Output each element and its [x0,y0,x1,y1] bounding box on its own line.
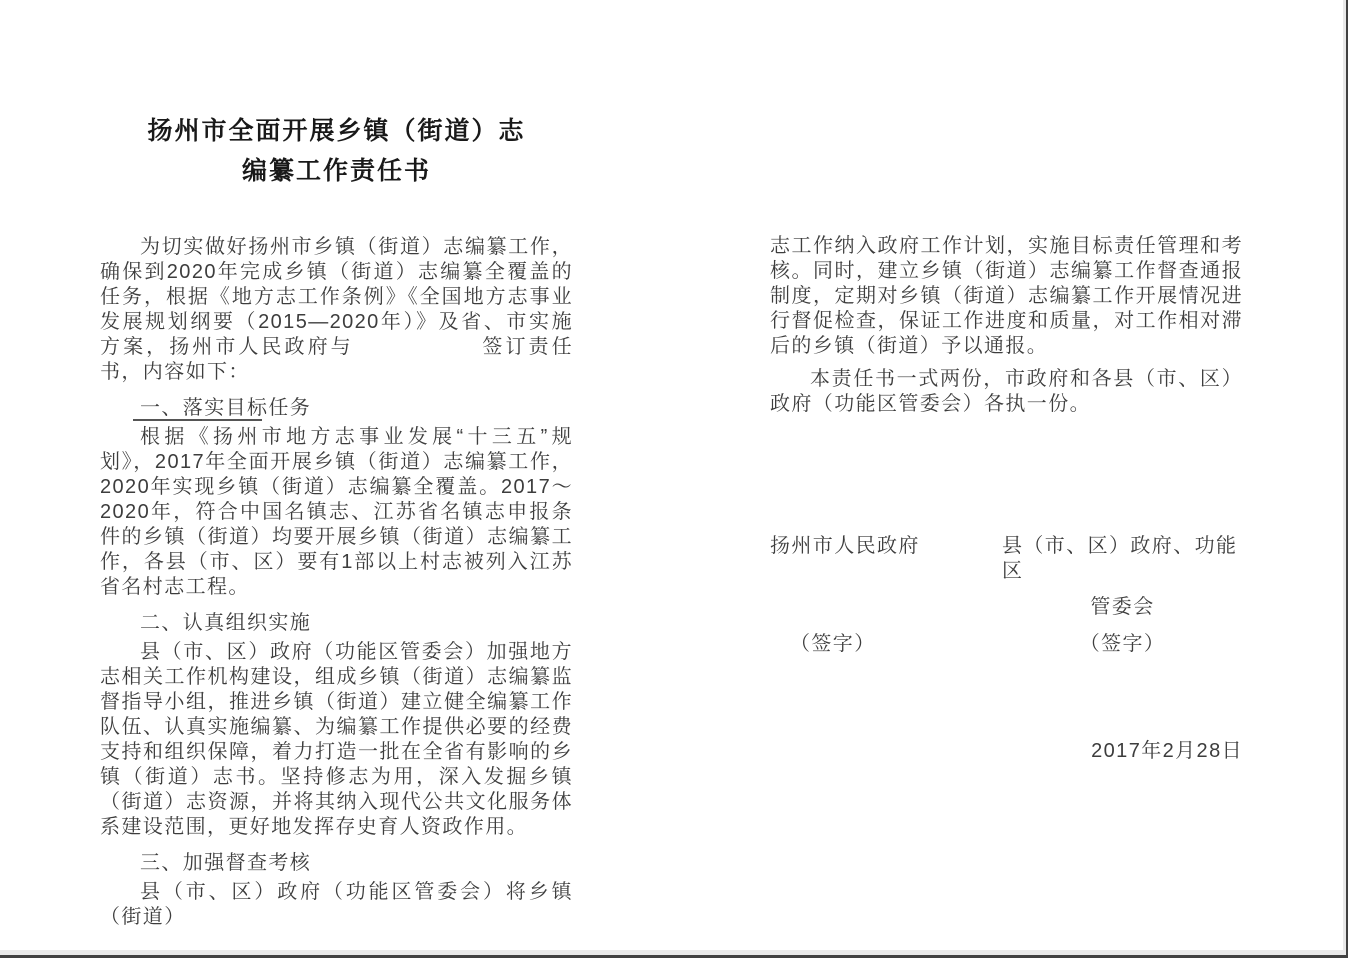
heading-underline [133,419,262,421]
document-date: 2017年2月28日 [770,739,1243,764]
paragraph-section-3-start: 县（市、区）政府（功能区管委会）将乡镇（街道） [100,880,573,930]
signature-label-party-a: （签字） [770,632,1002,657]
signature-label-party-b: （签字） [1002,632,1243,657]
section-heading-1: 一、落实目标任务 [100,396,573,421]
paragraph-section-3-continued: 志工作纳入政府工作计划，实施目标责任管理和考核。同时，建立乡镇（街道）志编纂工作… [770,234,1243,359]
document-title: 扬州市全面开展乡镇（街道）志 编纂工作责任书 [100,112,573,192]
document-page: 扬州市全面开展乡镇（街道）志 编纂工作责任书 为切实做好扬州市乡镇（街道）志编纂… [0,0,1348,958]
paragraph-section-1: 根据《扬州市地方志事业发展“十三五”规划》，2017年全面开展乡镇（街道）志编纂… [100,425,573,600]
left-column: 扬州市全面开展乡镇（街道）志 编纂工作责任书 为切实做好扬州市乡镇（街道）志编纂… [100,112,573,930]
signature-party-b-line1: 县（市、区）政府、功能区 [1002,534,1243,584]
document-title-line1: 扬州市全面开展乡镇（街道）志 [100,112,573,152]
section-heading-3: 三、加强督查考核 [100,851,573,876]
right-column: 志工作纳入政府工作计划，实施目标责任管理和考核。同时，建立乡镇（街道）志编纂工作… [770,234,1243,764]
document-title-line2: 编纂工作责任书 [100,152,573,192]
paragraph-section-2: 县（市、区）政府（功能区管委会）加强地方志相关工作机构建设，组成乡镇（街道）志编… [100,640,573,840]
signature-block: 扬州市人民政府 县（市、区）政府、功能区 管委会 （签字） （签字） [770,534,1243,657]
section-heading-2: 二、认真组织实施 [100,611,573,636]
signature-party-b-line2: 管委会 [1002,595,1243,620]
signature-spacer [770,595,1002,620]
section-heading-1-text: 一、落实目标任务 [140,397,311,419]
paragraph-intro: 为切实做好扬州市乡镇（街道）志编纂工作，确保到2020年完成乡镇（街道）志编纂全… [100,235,573,385]
signature-party-a: 扬州市人民政府 [770,534,1002,584]
paragraph-copies: 本责任书一式两份，市政府和各县（市、区）政府（功能区管委会）各执一份。 [770,367,1243,417]
